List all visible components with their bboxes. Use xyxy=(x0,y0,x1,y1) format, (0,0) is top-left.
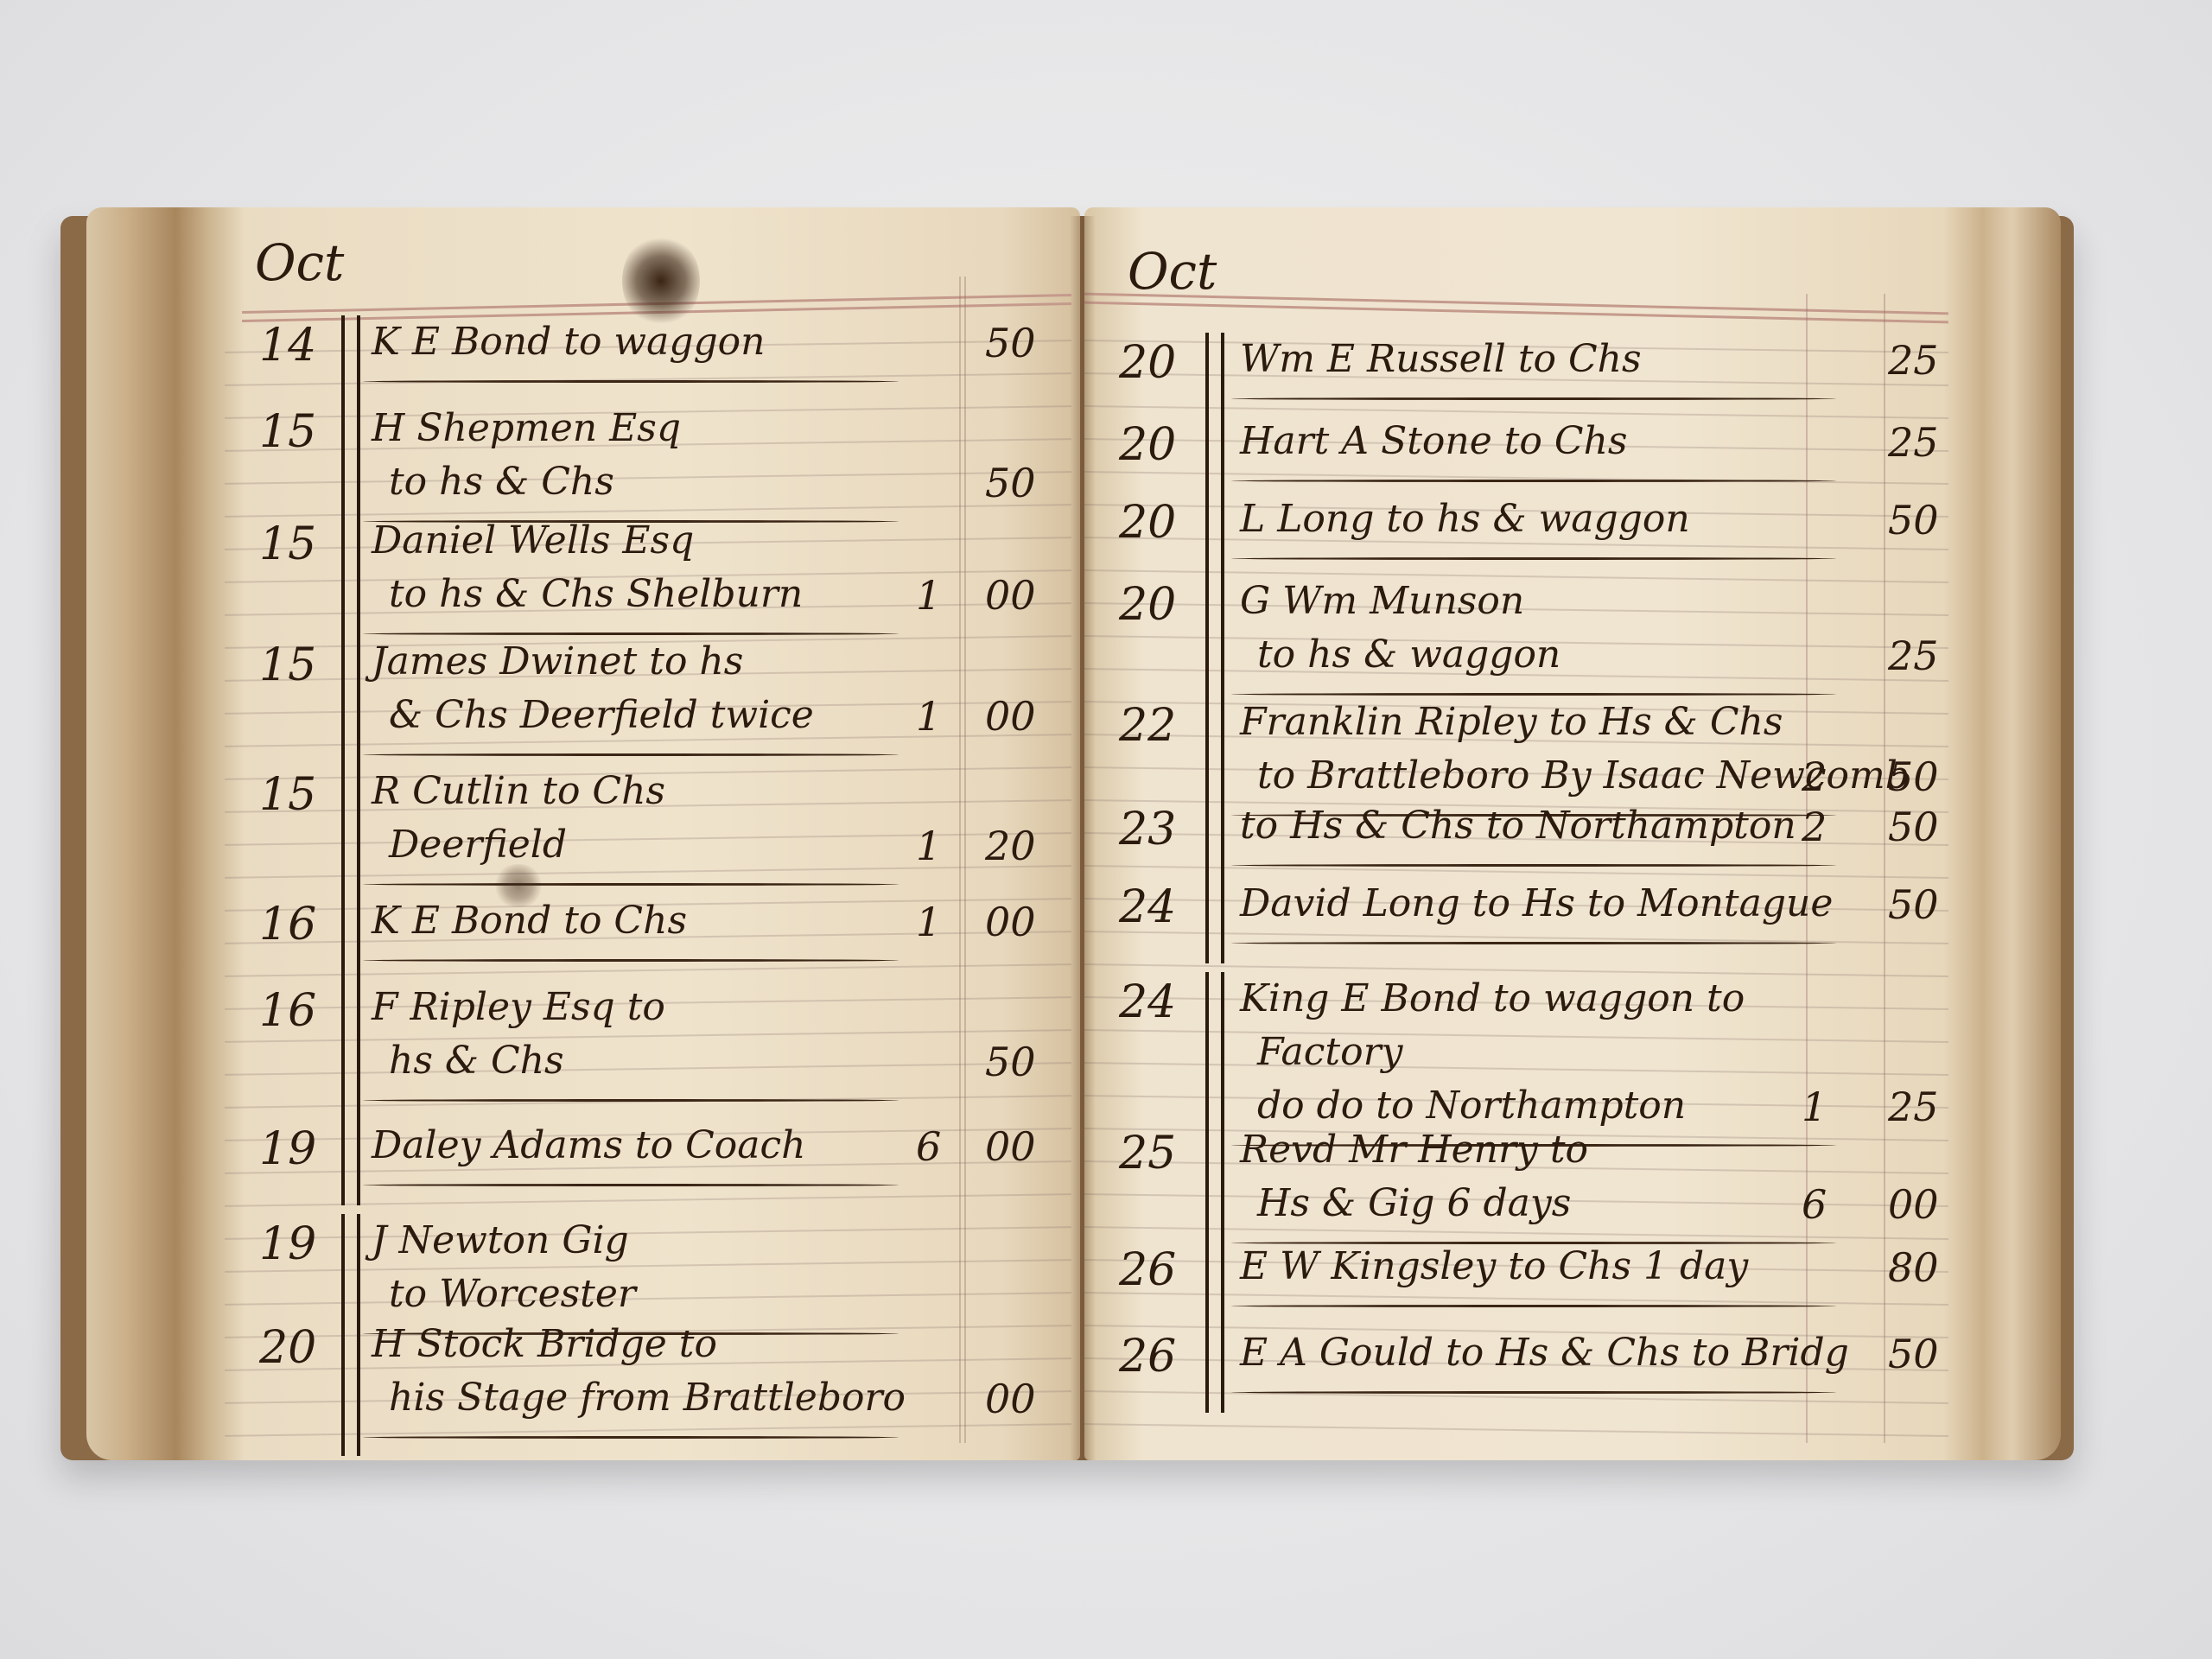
entry-dollars: 6 xyxy=(916,1123,941,1170)
entry-dollars: 2 xyxy=(1802,804,1827,850)
entry-day: 22 xyxy=(1119,700,1176,752)
entry-description: G Wm Munson xyxy=(1240,579,1524,623)
entry-day: 20 xyxy=(259,1322,316,1374)
entry-description: Franklin Ripley to Hs & Chs xyxy=(1240,700,1783,744)
entry-separator-stroke xyxy=(1231,693,1836,696)
entry-day: 19 xyxy=(259,1123,316,1175)
entry-separator-stroke xyxy=(363,1099,899,1102)
entry-separator-stroke xyxy=(1231,397,1836,400)
entry-day: 15 xyxy=(259,769,316,821)
entry-separator-stroke xyxy=(1231,557,1836,560)
entry-description: Revd Mr Henry to xyxy=(1240,1128,1588,1172)
entry-day: 20 xyxy=(1119,337,1176,389)
double-bar-mark xyxy=(341,635,360,773)
entry-dollars: 1 xyxy=(916,572,941,619)
entry-description: to hs & Chs Shelburn xyxy=(389,572,803,616)
entry-description: K E Bond to Chs xyxy=(372,899,687,943)
entry-separator-stroke xyxy=(363,753,899,756)
entry-day: 24 xyxy=(1119,881,1176,933)
ruled-line xyxy=(1084,1423,1948,1437)
entry-day: 24 xyxy=(1119,976,1176,1028)
month-header: Oct xyxy=(1128,242,1217,301)
entry-cents: 50 xyxy=(1888,881,1939,928)
entry-day: 26 xyxy=(1119,1331,1176,1382)
ink-blot xyxy=(622,233,700,328)
entry-description: R Cutlin to Chs xyxy=(372,769,665,813)
entry-separator-stroke xyxy=(1231,1305,1836,1307)
entry-description: to Worcester xyxy=(389,1272,636,1316)
entry-description: Daniel Wells Esq xyxy=(372,518,694,563)
entry-description: E A Gould to Hs & Chs to Bridg xyxy=(1240,1331,1849,1375)
entry-description: King E Bond to waggon to xyxy=(1240,976,1745,1020)
entry-cents: 25 xyxy=(1888,337,1939,384)
double-bar-mark xyxy=(341,1119,360,1205)
entry-day: 20 xyxy=(1119,579,1176,631)
entry-dollars: 1 xyxy=(916,693,941,740)
entry-day: 15 xyxy=(259,406,316,458)
entry-dollars: 6 xyxy=(1802,1181,1827,1228)
entry-description: F Ripley Esq to xyxy=(372,985,665,1029)
cents-column-rule xyxy=(1884,294,1885,1443)
double-bar-mark xyxy=(1205,799,1224,886)
entry-description: do do to Northampton xyxy=(1257,1084,1686,1128)
entry-separator-stroke xyxy=(363,959,899,962)
entry-dollars: 2 xyxy=(1802,753,1827,800)
entry-day: 15 xyxy=(259,639,316,691)
entry-day: 14 xyxy=(259,320,316,372)
entry-description: to hs & Chs xyxy=(389,460,614,504)
entry-description: & Chs Deerfield twice xyxy=(389,693,814,737)
entry-separator-stroke xyxy=(363,632,899,635)
entry-separator-stroke xyxy=(363,883,899,886)
entry-cents: 00 xyxy=(985,899,1036,945)
double-bar-mark xyxy=(1205,1326,1224,1413)
entry-description: Hs & Gig 6 days xyxy=(1257,1181,1571,1225)
entry-dollars: 1 xyxy=(1802,1084,1827,1130)
entry-separator-stroke xyxy=(1231,480,1836,482)
entry-day: 23 xyxy=(1119,804,1176,855)
entry-description: to Hs & Chs to Northampton xyxy=(1240,804,1796,848)
double-bar-mark xyxy=(1205,493,1224,579)
entry-description: H Stock Bridge to xyxy=(372,1322,717,1366)
double-bar-mark xyxy=(341,981,360,1119)
entry-cents: 25 xyxy=(1888,1084,1939,1130)
double-bar-mark xyxy=(1205,333,1224,419)
entry-separator-stroke xyxy=(363,1436,899,1439)
entry-description: his Stage from Brattleboro xyxy=(389,1376,906,1420)
book-gutter xyxy=(1070,216,1096,1460)
entry-cents: 50 xyxy=(1888,1331,1939,1377)
entry-cents: 25 xyxy=(1888,632,1939,679)
entry-description: hs & Chs xyxy=(389,1039,564,1083)
double-bar-mark xyxy=(341,1318,360,1456)
dollars-column-rule xyxy=(1806,294,1808,1443)
entry-description: Factory xyxy=(1257,1030,1402,1074)
entry-cents: 50 xyxy=(985,1039,1036,1085)
entry-cents: 00 xyxy=(985,693,1036,740)
entry-day: 20 xyxy=(1119,497,1176,549)
entry-day: 19 xyxy=(259,1218,316,1270)
entry-cents: 50 xyxy=(985,460,1036,506)
entry-description: J Newton Gig xyxy=(372,1218,629,1262)
entry-cents: 20 xyxy=(985,823,1036,869)
double-bar-mark xyxy=(1205,575,1224,713)
entry-cents: 00 xyxy=(1888,1181,1939,1228)
entry-cents: 50 xyxy=(1888,497,1939,543)
entry-description: H Shepmen Esq xyxy=(372,406,681,450)
entry-description: L Long to hs & waggon xyxy=(1240,497,1690,541)
entry-description: Daley Adams to Coach xyxy=(372,1123,805,1167)
entry-separator-stroke xyxy=(1231,1391,1836,1394)
entry-cents: 00 xyxy=(985,1376,1036,1422)
left-page: Oct 14K E Bond to waggon5015H Shepmen Es… xyxy=(86,207,1080,1460)
entry-separator-stroke xyxy=(363,1184,899,1186)
entry-day: 26 xyxy=(1119,1244,1176,1296)
entry-description: Deerfield xyxy=(389,823,567,867)
month-header: Oct xyxy=(255,233,344,292)
entry-cents: 80 xyxy=(1888,1244,1939,1291)
entry-description: James Dwinet to hs xyxy=(372,639,743,683)
right-page: Oct 20Wm E Russell to Chs2520Hart A Ston… xyxy=(1084,207,2061,1460)
dollars-column-rule xyxy=(959,276,961,1443)
entry-cents: 50 xyxy=(1888,753,1939,800)
entry-dollars: 1 xyxy=(916,899,941,945)
double-bar-mark xyxy=(341,894,360,981)
double-bar-mark xyxy=(341,514,360,652)
double-bar-mark xyxy=(341,765,360,903)
entry-cents: 00 xyxy=(985,572,1036,619)
entry-description: Wm E Russell to Chs xyxy=(1240,337,1642,381)
entry-cents: 25 xyxy=(1888,419,1939,466)
double-bar-mark xyxy=(341,315,360,402)
entry-description: K E Bond to waggon xyxy=(372,320,766,364)
entry-separator-stroke xyxy=(1231,942,1836,944)
entry-description: Hart A Stone to Chs xyxy=(1240,419,1628,463)
entry-day: 16 xyxy=(259,985,316,1037)
double-bar-mark xyxy=(1205,877,1224,963)
entry-description: E W Kingsley to Chs 1 day xyxy=(1240,1244,1748,1288)
entry-cents: 00 xyxy=(985,1123,1036,1170)
entry-description: to hs & waggon xyxy=(1257,632,1560,677)
dollars-column-rule xyxy=(964,276,966,1443)
entry-description: David Long to Hs to Montague xyxy=(1240,881,1833,925)
entry-separator-stroke xyxy=(1231,864,1836,867)
entry-day: 16 xyxy=(259,899,316,950)
entry-separator-stroke xyxy=(363,380,899,383)
entry-day: 20 xyxy=(1119,419,1176,471)
entry-cents: 50 xyxy=(985,320,1036,366)
entry-cents: 50 xyxy=(1888,804,1939,850)
entry-dollars: 1 xyxy=(916,823,941,869)
entry-day: 15 xyxy=(259,518,316,570)
double-bar-mark xyxy=(1205,415,1224,501)
double-bar-mark xyxy=(1205,1240,1224,1326)
entry-day: 25 xyxy=(1119,1128,1176,1179)
